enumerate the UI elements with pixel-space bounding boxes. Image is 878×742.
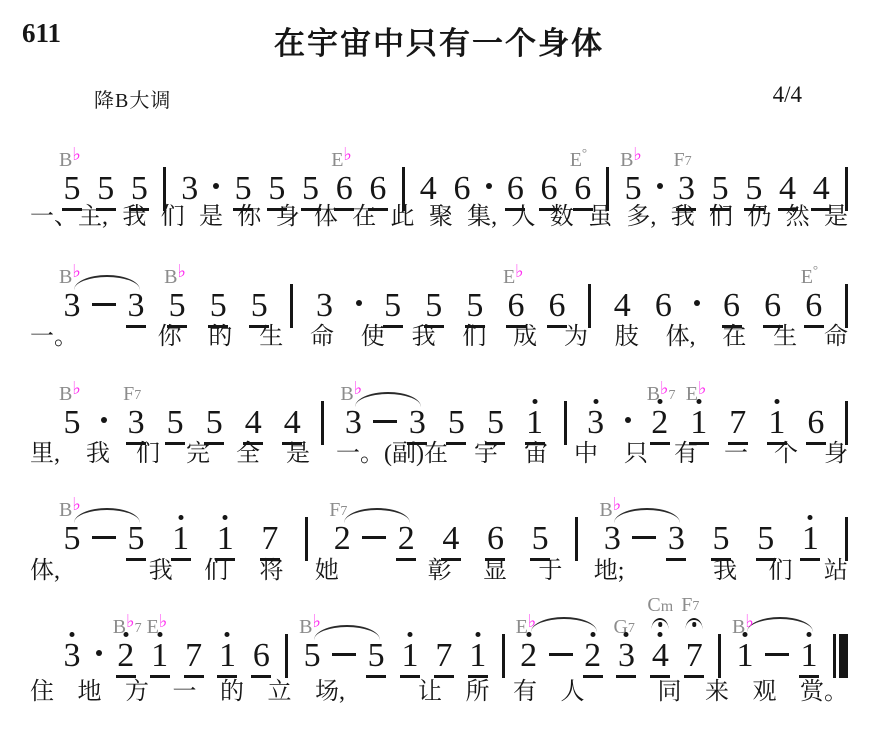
chord-label: B♭ (620, 145, 642, 170)
lyric-syllable: 集, (467, 202, 497, 233)
note-digit: 6 (723, 289, 741, 323)
chord-label: B♭ (164, 262, 186, 287)
lyric-syllable: 此 (391, 202, 415, 233)
lyric-syllable: 彰 (428, 556, 452, 587)
octave-dot (808, 515, 813, 520)
fermata-icon (686, 618, 703, 629)
note: B♭72 (116, 639, 136, 678)
note-digit: 6 (548, 289, 566, 323)
note-digit: 4 (812, 172, 830, 206)
note-digit: 5 (63, 406, 81, 440)
octave-dot (807, 632, 812, 637)
octave-dot (532, 399, 537, 404)
note-digit: 1 (172, 522, 190, 556)
music-line: 3B♭72E♭1716B♭55171E♭22G73Cm4F77B♭11 (62, 622, 848, 678)
duration-dash (373, 420, 397, 423)
augmentation-dot (96, 650, 102, 656)
key-signature: 降B大调 (94, 84, 171, 113)
note-digit: 1 (216, 522, 234, 556)
note: 2 (583, 639, 603, 678)
chord-root: B (620, 149, 633, 171)
note-digit: 1 (401, 639, 419, 673)
note-digit: 5 (63, 172, 81, 206)
note: E♭1 (150, 639, 170, 678)
note-digit: 1 (768, 406, 786, 440)
lyric-syllable: 们 (462, 322, 486, 353)
lyric-syllable: 一 (724, 439, 748, 470)
flat-icon: ♭ (660, 378, 669, 398)
octave-dot (658, 632, 663, 637)
chord-label: E♭ (331, 145, 352, 170)
note: 6 (251, 639, 271, 678)
lyric-syllable: 成 (513, 322, 537, 353)
note-digit: 3 (315, 289, 333, 323)
flat-icon: ♭ (343, 144, 352, 164)
note: G73 (616, 639, 636, 678)
note-digit: 5 (384, 289, 402, 323)
barline (305, 517, 308, 561)
note-digit: 4 (442, 522, 460, 556)
lyric-syllable: 我 (122, 202, 146, 233)
augmentation-dot (356, 300, 362, 306)
note-digit: 3 (127, 406, 145, 440)
lyric-syllable: 我 (713, 556, 737, 587)
chord-number: 7 (669, 388, 676, 403)
lyric-syllable: 将 (260, 556, 284, 587)
lyric-syllable: 生 (259, 322, 283, 353)
duration-dash (332, 653, 356, 656)
note-digit: 3 (603, 522, 621, 556)
note-digit: 5 (168, 289, 186, 323)
octave-dot (624, 632, 629, 637)
lyric-syllable: 你 (158, 322, 182, 353)
note-digit: 5 (234, 172, 252, 206)
lyric-syllable: 是 (199, 202, 223, 233)
lyric-syllable: 肢 (615, 322, 639, 353)
note: B♭3 (343, 406, 363, 440)
lyric-syllable: 只 (624, 439, 648, 470)
barline (718, 634, 721, 678)
diminished-icon: ° (813, 262, 818, 277)
chord-label: B♭ (599, 495, 621, 520)
lyrics-line: 住地方一的立场,让所有人同来观赏。 (30, 677, 848, 708)
duration-dash (632, 536, 656, 539)
chord-label: F7 (329, 500, 347, 520)
flat-icon: ♭ (72, 378, 81, 398)
music-line: B♭55117F722465B♭33551 (62, 505, 848, 561)
note-digit: 6 (764, 289, 782, 323)
note-digit: 6 (507, 289, 525, 323)
note: B♭3 (62, 289, 82, 323)
note-digit: 1 (801, 522, 819, 556)
augmentation-dot (101, 417, 107, 423)
octave-dot (475, 632, 480, 637)
note: 3 (586, 406, 606, 440)
lyrics-line: 体,我们将她彰显于地;我们站 (30, 556, 848, 587)
augmentation-dot (213, 183, 219, 189)
lyric-syllable: 我 (671, 202, 695, 233)
octave-dot (657, 399, 662, 404)
note-digit: 4 (244, 406, 262, 440)
lyric-syllable: 来 (705, 677, 729, 708)
chord-root: F (673, 149, 684, 171)
note-digit: 2 (584, 639, 602, 673)
octave-dot (123, 632, 128, 637)
note-digit: 3 (667, 522, 685, 556)
lyric-syllable: 完 (186, 439, 210, 470)
flat-icon: ♭ (312, 611, 321, 631)
octave-dot (526, 632, 531, 637)
page-title: 在宇宙中只有一个身体 (0, 18, 878, 63)
lyric-syllable: 同 (658, 677, 682, 708)
note: B♭5 (302, 639, 322, 673)
music-line: B♭5F735544B♭335513B♭72E♭1716 (62, 389, 848, 445)
note-digit: 4 (613, 289, 631, 323)
note: 4 (418, 172, 438, 206)
lyric-syllable: 然 (786, 202, 810, 233)
octave-dot (178, 515, 183, 520)
flat-icon: ♭ (528, 611, 537, 631)
lyric-syllable: 我 (412, 322, 436, 353)
lyric-syllable: 在 (352, 202, 376, 233)
lyric-syllable: 多, (626, 202, 656, 233)
chord-label: B♭ (59, 262, 81, 287)
chord-root: F (123, 383, 134, 405)
note: 1 (217, 639, 237, 678)
note: F77 (684, 639, 704, 678)
note-digit: 5 (302, 172, 320, 206)
note: 5 (366, 639, 386, 678)
duration-dash (92, 536, 116, 539)
note-digit: 1 (218, 639, 236, 673)
lyric-syllable: 仍 (747, 202, 771, 233)
note-digit: 5 (425, 289, 443, 323)
note: 1 (468, 639, 488, 678)
lyric-syllable: 我 (86, 439, 110, 470)
note-digit: 5 (712, 522, 730, 556)
chord-root: C (647, 594, 660, 616)
note-digit: 6 (805, 289, 823, 323)
note: 1 (799, 639, 819, 678)
lyric-syllable: 是 (286, 439, 310, 470)
note-digit: 4 (283, 406, 301, 440)
lyric-syllable: 观 (753, 677, 777, 708)
chord-number: 7 (134, 388, 141, 403)
flat-icon: ♭ (72, 261, 81, 281)
note: 4 (612, 289, 632, 323)
note-digit: 1 (690, 406, 708, 440)
lyric-syllable: 命 (310, 322, 334, 353)
lyric-syllable: 的 (208, 322, 232, 353)
note-digit: 5 (63, 522, 81, 556)
note-digit: 4 (779, 172, 797, 206)
note-digit: 2 (333, 522, 351, 556)
lyric-syllable: 我 (149, 556, 173, 587)
lyric-syllable: 赏。 (800, 677, 848, 708)
note-digit: 2 (520, 639, 538, 673)
lyric-syllable: 虽 (588, 202, 612, 233)
chord-label: E° (801, 263, 818, 287)
chord-label: E♭ (503, 262, 524, 287)
note-digit: 5 (745, 172, 763, 206)
note: B♭5 (62, 522, 82, 556)
note-digit: 4 (419, 172, 437, 206)
note-digit: 3 (408, 406, 426, 440)
note: B♭5 (623, 172, 643, 206)
note-digit: 3 (63, 289, 81, 323)
note-digit: 3 (677, 172, 695, 206)
note-digit: 7 (435, 639, 453, 673)
lyric-syllable: 们 (136, 439, 160, 470)
note-digit: 1 (800, 639, 818, 673)
chord-label: Cm (647, 595, 673, 615)
music-line: B♭33B♭5553555E♭664666E°6 (62, 272, 848, 328)
note: B♭3 (602, 522, 622, 556)
flat-icon: ♭ (698, 378, 707, 398)
lyric-syllable: 们 (709, 202, 733, 233)
fermata-icon (652, 618, 669, 629)
chord-root: F (681, 594, 692, 616)
note-digit: 5 (97, 172, 115, 206)
note-digit: 7 (685, 639, 703, 673)
flat-icon: ♭ (126, 611, 135, 631)
note-digit: 5 (127, 522, 145, 556)
lyric-syllable: 你 (237, 202, 261, 233)
note-digit: 6 (540, 172, 558, 206)
barline (575, 517, 578, 561)
note-digit: 5 (268, 172, 286, 206)
lyric-syllable: 里, (30, 439, 60, 470)
lyric-syllable: 站 (824, 556, 848, 587)
tie-group: B♭55 (302, 639, 386, 678)
note-digit: 5 (209, 289, 227, 323)
note: B♭5 (62, 406, 82, 440)
note-digit: 7 (261, 522, 279, 556)
lyric-syllable: 一。(副)在 (336, 439, 448, 470)
note-digit: 2 (651, 406, 669, 440)
chord-label: B♭ (59, 379, 81, 404)
octave-dot (593, 399, 598, 404)
octave-dot (70, 632, 75, 637)
note-digit: 1 (151, 639, 169, 673)
note-digit: 5 (711, 172, 729, 206)
note-digit: 5 (486, 406, 504, 440)
time-signature: 4/4 (773, 82, 802, 108)
chord-root: B (340, 383, 353, 405)
flat-icon: ♭ (745, 611, 754, 631)
lyric-spacer (656, 556, 682, 587)
lyric-syllable: 人 (561, 677, 585, 708)
note: 7 (434, 639, 454, 678)
octave-dot (743, 632, 748, 637)
augmentation-dot (657, 183, 663, 189)
flat-icon: ♭ (515, 261, 524, 281)
note-digit: 5 (447, 406, 465, 440)
note-digit: 3 (181, 172, 199, 206)
chord-root: E (331, 149, 343, 171)
lyric-syllable: 体, (30, 556, 60, 587)
note: E♭2 (519, 639, 539, 673)
note-digit: 5 (624, 172, 642, 206)
note-digit: 1 (736, 639, 754, 673)
duration-dash (549, 653, 573, 656)
flat-icon: ♭ (613, 494, 622, 514)
duration-dash (362, 536, 386, 539)
lyrics-line: 一。你的生命使我们成为肢体,在生命 (30, 322, 848, 353)
lyric-syllable: 立 (268, 677, 292, 708)
lyric-syllable: 地 (78, 677, 102, 708)
augmentation-dot (625, 417, 631, 423)
note-digit: 5 (757, 522, 775, 556)
chord-label: F7 (123, 384, 141, 404)
flat-icon: ♭ (72, 494, 81, 514)
lyric-syllable: 在 (722, 322, 746, 353)
lyric-syllable: 是 (824, 202, 848, 233)
note-digit: 5 (166, 406, 184, 440)
note-digit: 6 (335, 172, 353, 206)
barline (845, 517, 848, 561)
chord-root: B (59, 266, 72, 288)
duration-dash (92, 303, 116, 306)
note-digit: 7 (185, 639, 203, 673)
lyric-syllable: 全 (236, 439, 260, 470)
note-digit: 6 (369, 172, 387, 206)
lyric-syllable: 住 (30, 677, 54, 708)
duration-dash (765, 653, 789, 656)
chord-label: E° (570, 146, 587, 170)
octave-dot (157, 632, 162, 637)
lyric-syllable: 生 (773, 322, 797, 353)
lyrics-line: 里,我们完全是一。(副)在宇宙中只有一个身 (30, 439, 848, 470)
note-digit: 3 (127, 289, 145, 323)
lyric-syllable: 中 (574, 439, 598, 470)
note-digit: 6 (453, 172, 471, 206)
lyric-syllable: 身 (276, 202, 300, 233)
lyric-syllable: 宇 (474, 439, 498, 470)
lyric-syllable: 有 (674, 439, 698, 470)
lyric-syllable: 场, (315, 677, 345, 708)
note: 3 (180, 172, 200, 206)
lyric-syllable: 一、主, (30, 202, 108, 233)
note-digit: 6 (654, 289, 672, 323)
flat-icon: ♭ (354, 378, 363, 398)
chord-root: B (59, 499, 72, 521)
lyric-syllable: 有 (513, 677, 537, 708)
flat-icon: ♭ (72, 144, 81, 164)
chord-number: 7 (692, 599, 699, 614)
note-digit: 5 (367, 639, 385, 673)
chord-number: 7 (685, 154, 692, 169)
note-digit: 1 (469, 639, 487, 673)
chord-label: F7 (673, 150, 691, 170)
note-digit: 3 (587, 406, 605, 440)
note-digit: 6 (506, 172, 524, 206)
octave-dot (696, 399, 701, 404)
lyric-syllable: 一 (173, 677, 197, 708)
lyric-spacer (370, 556, 396, 587)
note-digit: 7 (729, 406, 747, 440)
lyric-spacer (608, 677, 634, 708)
note-digit: 5 (303, 639, 321, 673)
flat-icon: ♭ (159, 611, 168, 631)
lyrics-line: 一、主,我们是你身体在此聚集,人数虽多,我们仍然是 (30, 202, 848, 233)
note-digit: 3 (63, 639, 81, 673)
note-digit: 3 (344, 406, 362, 440)
lyric-syllable: 体, (666, 322, 696, 353)
flat-icon: ♭ (633, 144, 642, 164)
note-digit: 6 (486, 522, 504, 556)
note: 7 (184, 639, 204, 678)
lyric-syllable: 方 (125, 677, 149, 708)
lyric-spacer (105, 322, 131, 353)
chord-label: B♭ (340, 379, 362, 404)
chord-label: B♭ (299, 612, 321, 637)
lyric-syllable: 体 (314, 202, 338, 233)
chord-label: B♭ (59, 145, 81, 170)
lyric-syllable: 宙 (524, 439, 548, 470)
note-digit: 5 (205, 406, 223, 440)
tie-group: B♭11 (735, 639, 819, 678)
lyric-syllable: 人 (511, 202, 535, 233)
chord-quality: m (661, 598, 673, 615)
augmentation-dot (486, 183, 492, 189)
lyric-syllable: 为 (564, 322, 588, 353)
note: 3 (314, 289, 334, 323)
chord-root: B (59, 149, 72, 171)
octave-dot (408, 632, 413, 637)
barline (502, 634, 505, 678)
lyric-syllable: 聚 (429, 202, 453, 233)
chord-number: 7 (628, 621, 635, 636)
note-digit: 4 (651, 639, 669, 673)
lyric-syllable: 地; (594, 556, 625, 587)
lyric-syllable: 们 (769, 556, 793, 587)
note-digit: 5 (531, 522, 549, 556)
lyric-spacer (369, 677, 395, 708)
note-digit: 5 (466, 289, 484, 323)
lyric-syllable: 使 (361, 322, 385, 353)
diminished-icon: ° (582, 145, 587, 160)
lyric-syllable: 命 (824, 322, 848, 353)
lyric-syllable: 们 (161, 202, 185, 233)
octave-dot (225, 632, 230, 637)
lyric-syllable: 于 (538, 556, 562, 587)
lyric-syllable: 个 (774, 439, 798, 470)
lyric-syllable: 数 (550, 202, 574, 233)
chord-root: B (59, 383, 72, 405)
note-digit: 6 (807, 406, 825, 440)
note: 6 (452, 172, 472, 206)
note-digit: 3 (617, 639, 635, 673)
chord-number: 7 (135, 621, 142, 636)
lyric-syllable: 她 (315, 556, 339, 587)
chord-label: F7 (681, 595, 699, 615)
chord-number: 7 (340, 504, 347, 519)
octave-dot (223, 515, 228, 520)
note-digit: 5 (250, 289, 268, 323)
final-barline (833, 634, 848, 678)
chord-root: E (570, 149, 582, 171)
lyric-syllable: 的 (220, 677, 244, 708)
note: Cm4 (650, 639, 670, 678)
augmentation-dot (694, 300, 700, 306)
lyric-syllable: 们 (204, 556, 228, 587)
lyric-syllable: 让 (418, 677, 442, 708)
tie-group: E♭22 (519, 639, 603, 678)
chord-root: B (299, 616, 312, 638)
hymn-sheet-page: 611 在宇宙中只有一个身体 降B大调 4/4 B♭5553555E♭66466… (0, 0, 878, 742)
flat-icon: ♭ (177, 261, 186, 281)
